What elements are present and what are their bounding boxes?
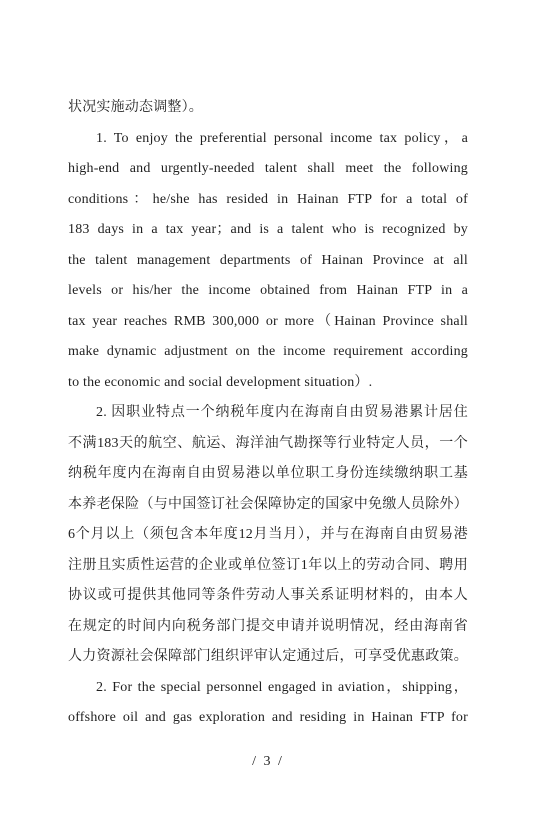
text-line: 6个月以上（须包含本年度12月当月），并与在海南自由贸易港: [68, 520, 468, 551]
text-line: 不满183天的航空、航运、海洋油气勘探等行业特定人员，一个: [68, 429, 468, 460]
text-line: 协议或可提供其他同等条件劳动人事关系证明材料的，由本人: [68, 581, 468, 612]
text-line: 在规定的时间内向税务部门提交申请并说明情况，经由海南省: [68, 612, 468, 643]
text-line: 纳税年度内在海南自由贸易港以单位职工身份连续缴纳职工基: [68, 459, 468, 490]
text-line: 2. 因职业特点一个纳税年度内在海南自由贸易港累计居住: [68, 398, 468, 429]
document-body: 状况实施动态调整）。 1. To enjoy the preferential …: [68, 93, 468, 734]
text-line: offshore oil and gas exploration and res…: [68, 703, 468, 734]
text-line: conditions：he/she has resided in Hainan …: [68, 185, 468, 216]
text-line: 本养老保险（与中国签订社会保障协定的国家中免缴人员除外）: [68, 490, 468, 521]
text-line: tax year reaches RMB 300,000 or more（Hai…: [68, 307, 468, 338]
text-line: 注册且实质性运营的企业或单位签订1年以上的劳动合同、聘用: [68, 551, 468, 582]
text-line: to the economic and social development s…: [68, 368, 468, 399]
text-line: make dynamic adjustment on the income re…: [68, 337, 468, 368]
text-line: 1. To enjoy the preferential personal in…: [68, 124, 468, 155]
page-number: / 3 /: [68, 747, 468, 777]
text-line: 人力资源社会保障部门组织评审认定通过后，可享受优惠政策。: [68, 642, 468, 673]
text-line: 183 days in a tax year；and is a talent w…: [68, 215, 468, 246]
text-line: 状况实施动态调整）。: [68, 93, 468, 124]
text-line: the talent management departments of Hai…: [68, 246, 468, 277]
document-page: 状况实施动态调整）。 1. To enjoy the preferential …: [0, 0, 552, 817]
text-line: 2. For the special personnel engaged in …: [68, 673, 468, 704]
text-line: levels or his/her the income obtained fr…: [68, 276, 468, 307]
text-line: high-end and urgently-needed talent shal…: [68, 154, 468, 185]
